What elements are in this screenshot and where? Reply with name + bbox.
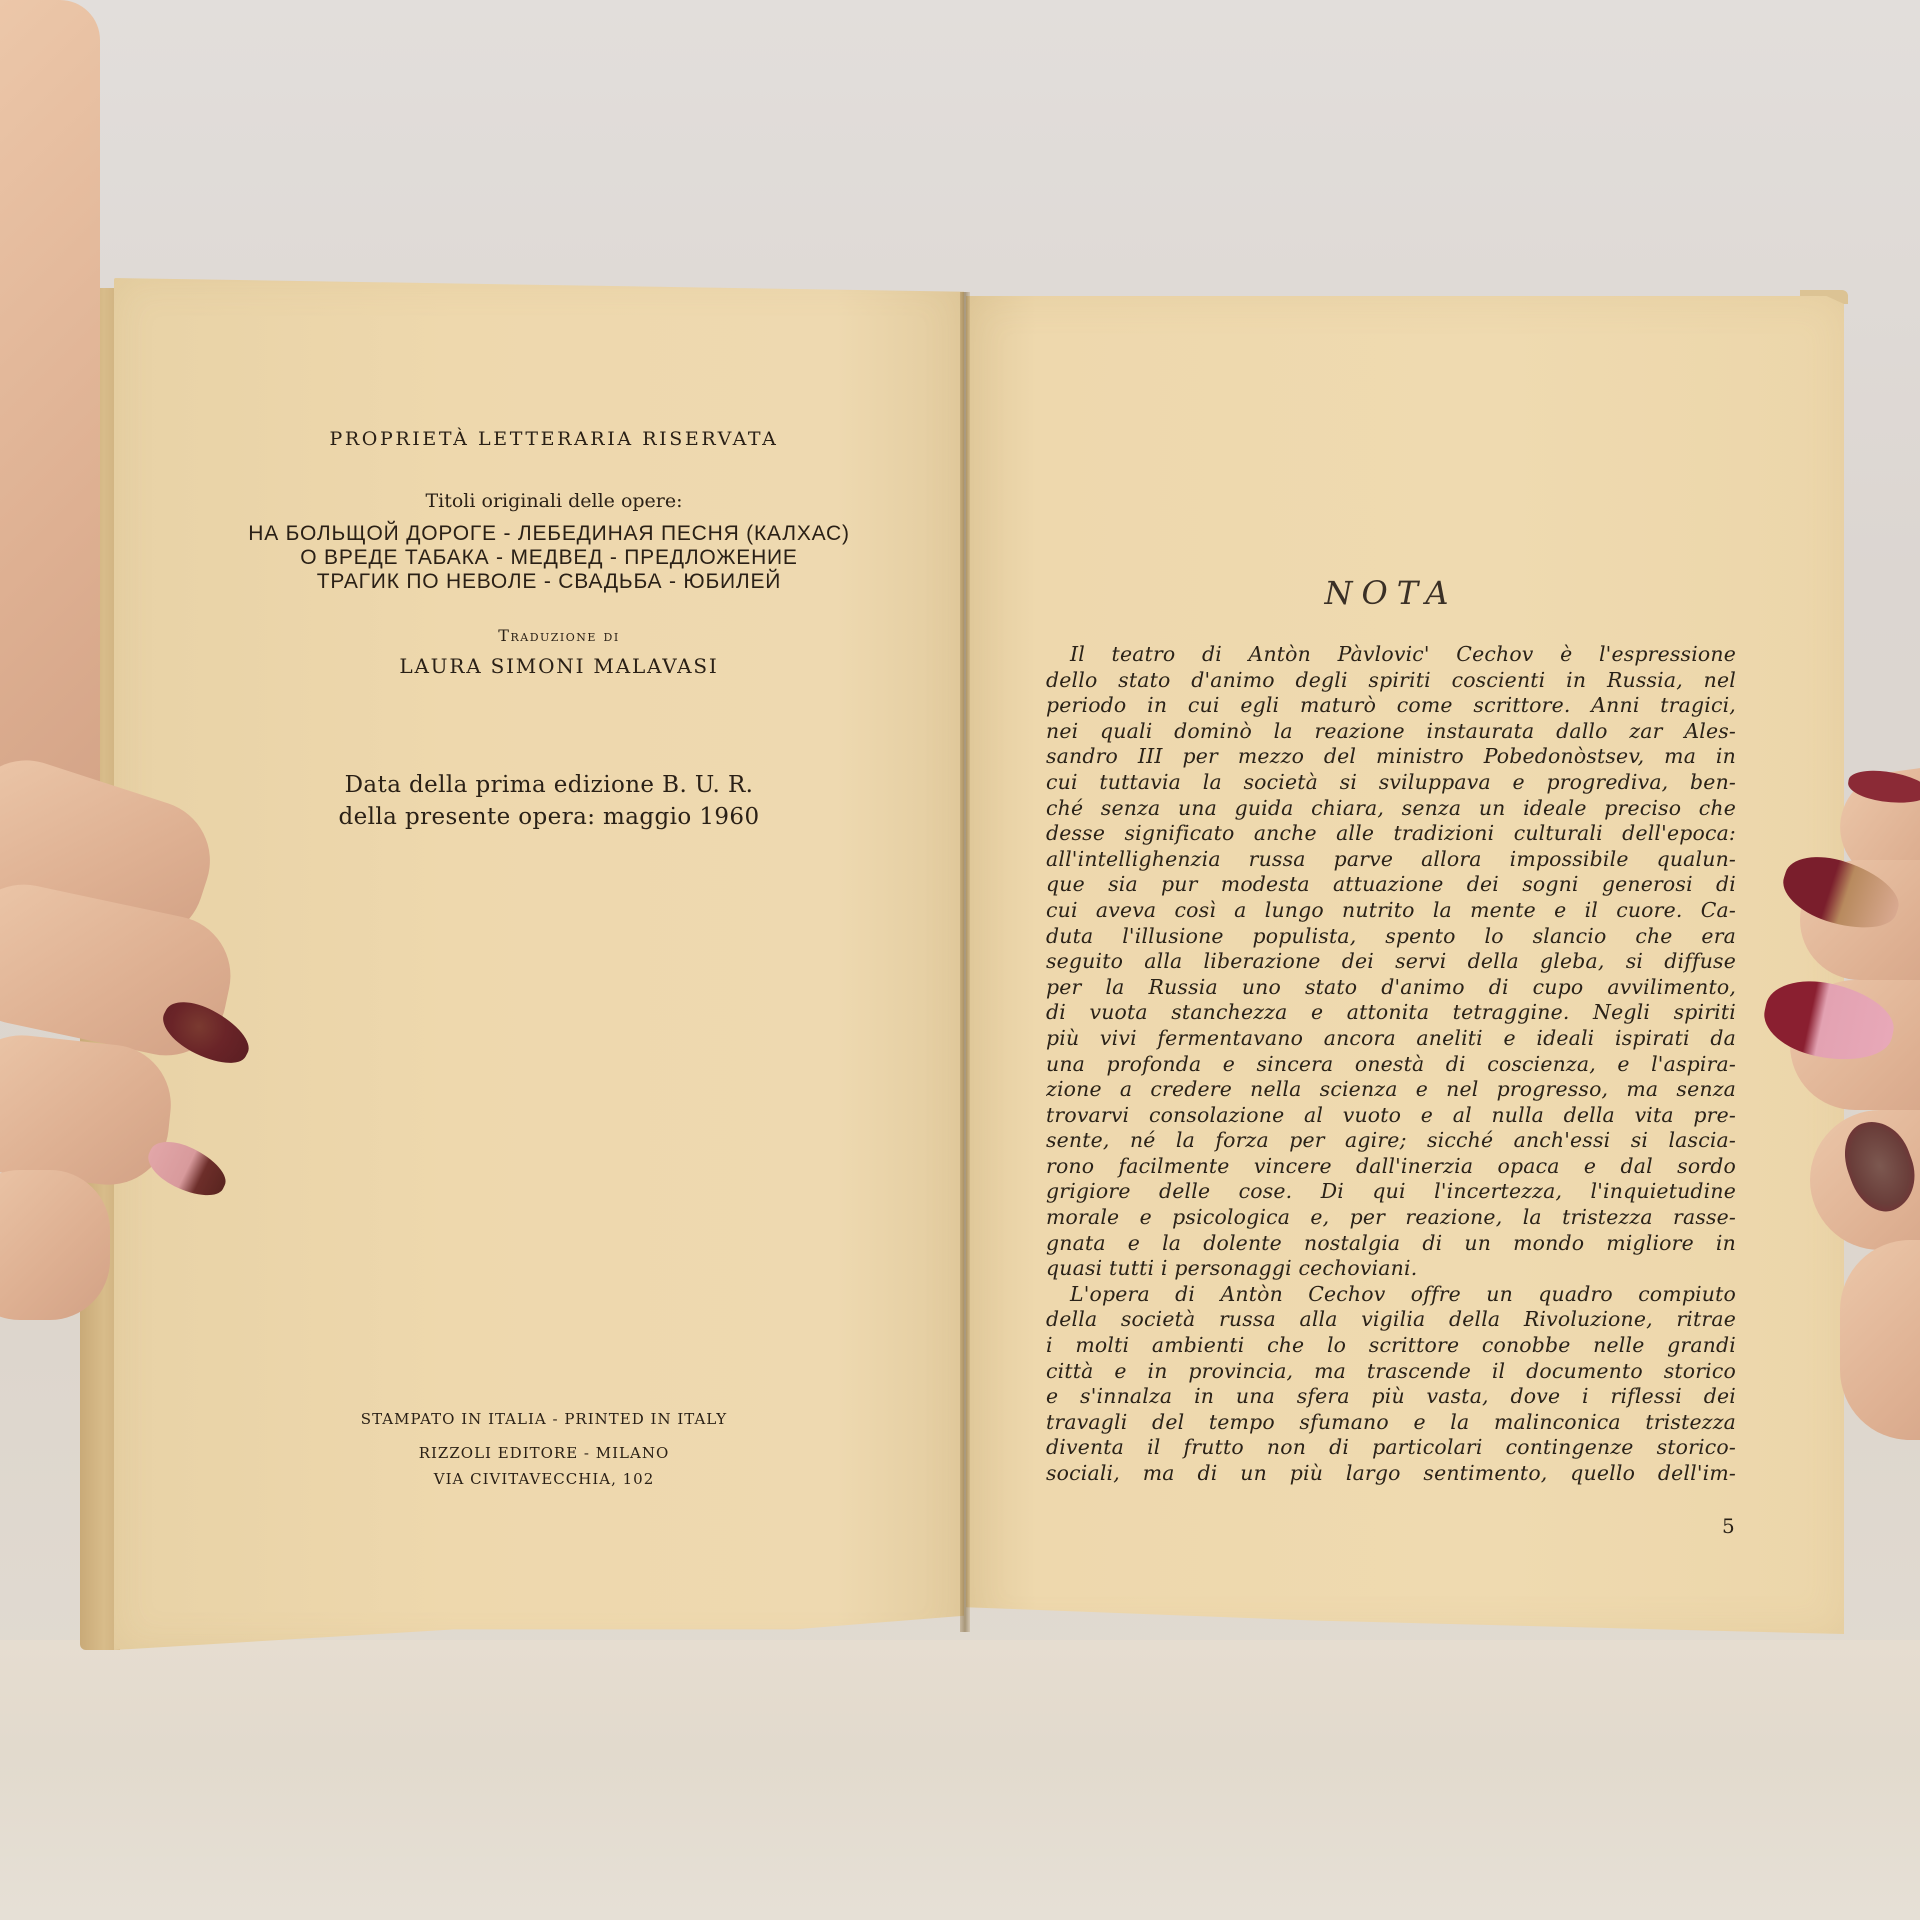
text-line: desse significato anche alle tradizioni …	[1046, 821, 1736, 847]
text-line: gnata e la dolente nostalgia di un mondo…	[1046, 1231, 1736, 1257]
text-line: trovarvi consolazione al vuoto e al null…	[1046, 1103, 1736, 1129]
text-line: sociali, ma di un più largo sentimento, …	[1046, 1461, 1736, 1487]
text-line: cui aveva così a lungo nutrito la mente …	[1046, 898, 1736, 924]
photo-scene: PROPRIETÀ LETTERARIA RISERVATA Titoli or…	[0, 0, 1920, 1920]
text-line: più vivi fermentavano ancora aneliti e i…	[1046, 1026, 1736, 1052]
translation-label: Traduzione di	[154, 626, 964, 645]
text-line: quasi tutti i personaggi cechoviani.	[1046, 1256, 1736, 1282]
text-line: que sia pur modesta attuazione dei sogni…	[1046, 872, 1736, 898]
original-titles-label: Titoli originali delle opere:	[144, 490, 964, 512]
text-line: i molti ambienti che lo scrittore conobb…	[1046, 1333, 1736, 1359]
original-title-line: ТРАГИК ПО НЕВОЛЕ - СВАДЬБА - ЮБИЛЕЙ	[134, 570, 964, 594]
text-line: e s'innalza in una sfera più vasta, dove…	[1046, 1384, 1736, 1410]
translator-name: LAURA SIMONI MALAVASI	[154, 654, 964, 678]
left-palm	[0, 0, 100, 880]
text-line: morale e psicologica e, per reazione, la…	[1046, 1205, 1736, 1231]
table-surface	[0, 1640, 1920, 1920]
original-title-line: О ВРЕДЕ ТАБАКА - МЕДВЕД - ПРЕДЛОЖЕНИЕ	[134, 546, 964, 570]
original-title-line: НА БОЛЬЩОЙ ДОРОГЕ - ЛЕБЕДИНАЯ ПЕСНЯ (КАЛ…	[134, 522, 964, 546]
left-finger	[0, 1170, 110, 1320]
imprint-line: STAMPATO IN ITALIA - PRINTED IN ITALY	[124, 1410, 964, 1428]
colophon: PROPRIETÀ LETTERARIA RISERVATA Titoli or…	[114, 278, 964, 1650]
text-line: zione a credere nella scienza e nel prog…	[1046, 1077, 1736, 1103]
text-line: di vuota stanchezza e attonita tetraggin…	[1046, 1000, 1736, 1026]
text-line: sandro III per mezzo del ministro Pobedo…	[1046, 744, 1736, 770]
text-line: all'intellighenzia russa parve allora im…	[1046, 847, 1736, 873]
page-title: NOTA	[1046, 574, 1736, 612]
text-line: sente, né la forza per agire; sicché anc…	[1046, 1128, 1736, 1154]
text-line: travagli del tempo sfumano e la malincon…	[1046, 1410, 1736, 1436]
imprint-line: VIA CIVITAVECCHIA, 102	[124, 1470, 964, 1488]
left-hand	[0, 0, 100, 880]
text-line: seguito alla liberazione dei servi della…	[1046, 949, 1736, 975]
text-line: periodo in cui egli maturò come scrittor…	[1046, 693, 1736, 719]
text-line: ché senza una guida chiara, senza un ide…	[1046, 796, 1736, 822]
imprint-line: RIZZOLI EDITORE - MILANO	[124, 1444, 964, 1462]
page-number: 5	[1722, 1514, 1735, 1538]
text-line: Il teatro di Antòn Pàvlovic' Cechov è l'…	[1046, 642, 1736, 668]
text-line: diventa il frutto non di particolari con…	[1046, 1435, 1736, 1461]
text-line: città e in provincia, ma trascende il do…	[1046, 1359, 1736, 1385]
text-line: dello stato d'animo degli spiriti coscie…	[1046, 668, 1736, 694]
text-line: per la Russia uno stato d'animo di cupo …	[1046, 975, 1736, 1001]
text-line: rono facilmente vincere dall'inerzia opa…	[1046, 1154, 1736, 1180]
edition-line: della presente opera: maggio 1960	[134, 804, 964, 830]
rights-notice: PROPRIETÀ LETTERARIA RISERVATA	[144, 428, 964, 450]
text-line: L'opera di Antòn Cechov offre un quadro …	[1046, 1282, 1736, 1308]
text-line: nei quali dominò la reazione instaurata …	[1046, 719, 1736, 745]
right-palm	[1840, 1240, 1920, 1440]
text-line: duta l'illusione populista, spento lo sl…	[1046, 924, 1736, 950]
text-line: grigiore delle cose. Di qui l'incertezza…	[1046, 1179, 1736, 1205]
edition-line: Data della prima edizione B. U. R.	[134, 772, 964, 798]
nota-body: Il teatro di Antòn Pàvlovic' Cechov è l'…	[1046, 642, 1736, 1487]
text-line: della società russa alla vigilia della R…	[1046, 1307, 1736, 1333]
text-line: cui tuttavia la società si sviluppava e …	[1046, 770, 1736, 796]
text-line: una profonda e sincera onestà di coscien…	[1046, 1052, 1736, 1078]
